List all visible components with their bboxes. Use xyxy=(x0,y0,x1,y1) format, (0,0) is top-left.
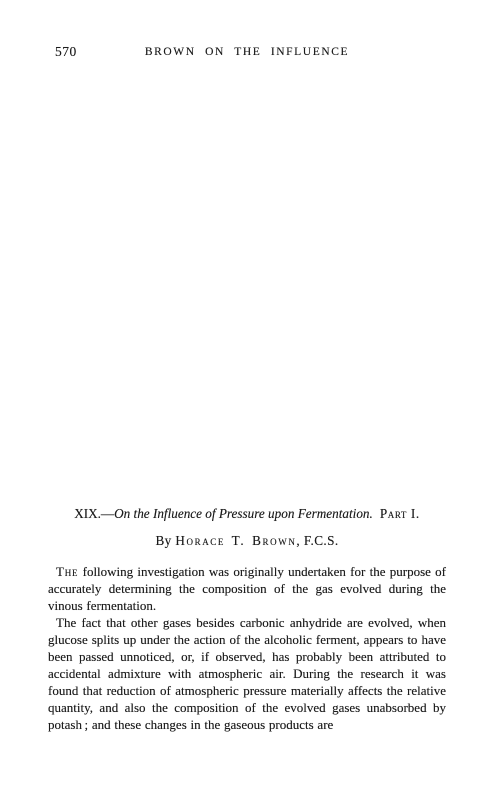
byline: By Horace T. Brown, F.C.S. xyxy=(48,533,446,549)
article-title: XIX.—On the Influence of Pressure upon F… xyxy=(48,505,446,523)
page-header: 570 BROWN ON THE INFLUENCE xyxy=(48,44,446,60)
scanned-paper-page: 570 BROWN ON THE INFLUENCE XIX.—On the I… xyxy=(0,0,500,786)
byline-prefix: By xyxy=(155,533,175,548)
paragraph-1: The following investigation was original… xyxy=(48,563,446,614)
article-title-part: Part I. xyxy=(380,506,420,521)
paragraph-2: The fact that other gases besides carbon… xyxy=(48,614,446,733)
article-title-number: XIX.— xyxy=(74,506,114,521)
article-body: The following investigation was original… xyxy=(48,563,446,733)
paragraph-1-text: following investigation was originally u… xyxy=(48,564,446,613)
running-head: BROWN ON THE INFLUENCE xyxy=(48,46,446,58)
article-title-italic: On the Influence of Pressure upon Fermen… xyxy=(114,506,373,521)
paragraph-1-lead-word: The xyxy=(56,564,78,579)
byline-suffix: , F.C.S. xyxy=(296,533,338,548)
author-name: Horace T. Brown xyxy=(175,533,296,548)
article: XIX.—On the Influence of Pressure upon F… xyxy=(48,505,446,733)
